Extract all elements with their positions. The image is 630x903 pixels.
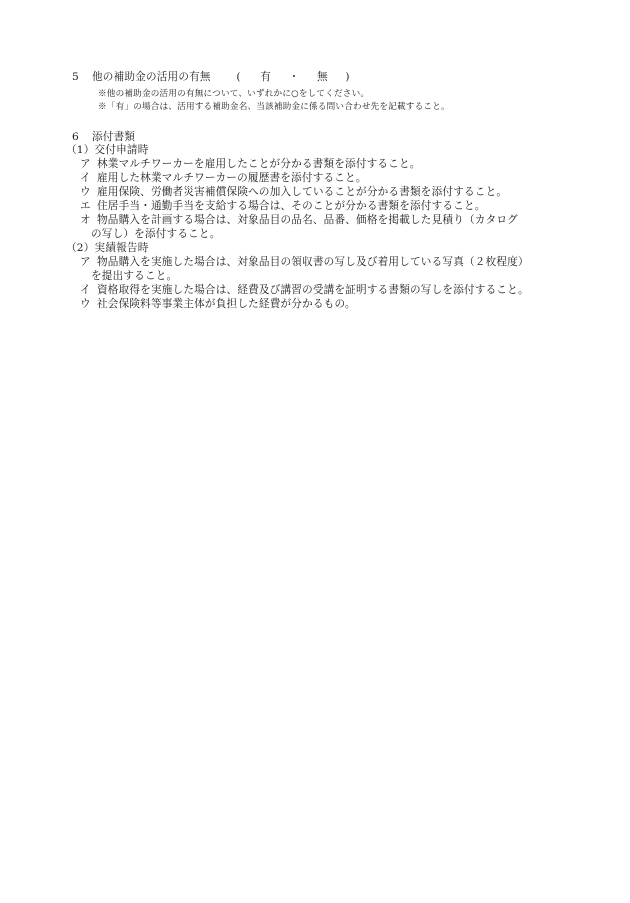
- item-text: 林業マルチワーカーを雇用したことが分かる書類を添付すること。: [97, 158, 421, 170]
- list-item-continuation: を提出すること。: [91, 270, 177, 283]
- section5-choice: ( 有 ・ 無 ): [236, 71, 349, 84]
- sub2-heading: （2）実績報告時: [66, 242, 149, 255]
- item-text: 雇用した林業マルチワーカーの履歴書を添付すること。: [97, 172, 367, 184]
- item-mark: ウ: [80, 298, 97, 311]
- list-item: イ資格取得を実施した場合は、経費及び講習の受講を証明する書類の写しを添付すること…: [80, 284, 529, 297]
- list-item: ウ雇用保険、労働者災害補償保険への加入していることが分かる書類を添付すること。: [80, 186, 507, 199]
- section6-title: 添付書類: [92, 131, 135, 143]
- choice-open-paren: (: [236, 71, 240, 84]
- section5-title: 他の補助金の活用の有無: [92, 71, 211, 83]
- list-item-continuation: の写し）を添付すること。: [91, 228, 221, 241]
- item-mark: ウ: [80, 186, 97, 199]
- section5-heading: 5他の補助金の活用の有無 ( 有 ・ 無 ): [72, 71, 350, 84]
- list-item: エ住居手当・通勤手当を支給する場合は、そのことが分かる書類を添付すること。: [80, 200, 486, 213]
- item-text: 社会保険料等事業主体が負担した経費が分かるもの。: [97, 298, 356, 310]
- item-text: 資格取得を実施した場合は、経費及び講習の受講を証明する書類の写しを添付すること。: [97, 284, 529, 296]
- list-item: イ雇用した林業マルチワーカーの履歴書を添付すること。: [80, 172, 367, 185]
- item-text: 物品購入を実施した場合は、対象品目の領収書の写し及び着用している写真（２枚程度）: [97, 256, 529, 268]
- list-item: ア物品購入を実施した場合は、対象品目の領収書の写し及び着用している写真（２枚程度…: [80, 256, 529, 269]
- item-mark: ア: [80, 158, 97, 171]
- section6-heading: 6添付書類: [72, 131, 135, 144]
- section5-number: 5: [72, 71, 92, 84]
- item-mark: ア: [80, 256, 97, 269]
- choice-separator: ・: [289, 71, 300, 84]
- section5-note-2: ※「有」の場合は、活用する補助金名、当該補助金に係る問い合わせ先を記載すること。: [98, 101, 450, 114]
- choice-close-paren: ): [345, 71, 349, 84]
- list-item: ア林業マルチワーカーを雇用したことが分かる書類を添付すること。: [80, 158, 421, 171]
- item-text: 雇用保険、労働者災害補償保険への加入していることが分かる書類を添付すること。: [97, 186, 507, 198]
- item-mark: オ: [80, 214, 97, 227]
- item-mark: エ: [80, 200, 97, 213]
- choice-yes: 有: [260, 71, 271, 84]
- choice-no: 無: [317, 71, 328, 84]
- section5-note-1: ※他の補助金の活用の有無について、いずれかに○をしてください。: [98, 88, 369, 101]
- list-item: ウ社会保険料等事業主体が負担した経費が分かるもの。: [80, 298, 356, 311]
- section6-number: 6: [72, 131, 92, 144]
- list-item: オ物品購入を計画する場合は、対象品目の品名、品番、価格を掲載した見積り（カタログ: [80, 214, 518, 227]
- sub1-heading: （1）交付申請時: [66, 144, 149, 157]
- item-text: 物品購入を計画する場合は、対象品目の品名、品番、価格を掲載した見積り（カタログ: [97, 214, 518, 226]
- item-mark: イ: [80, 172, 97, 185]
- item-text: 住居手当・通勤手当を支給する場合は、そのことが分かる書類を添付すること。: [97, 200, 486, 212]
- item-mark: イ: [80, 284, 97, 297]
